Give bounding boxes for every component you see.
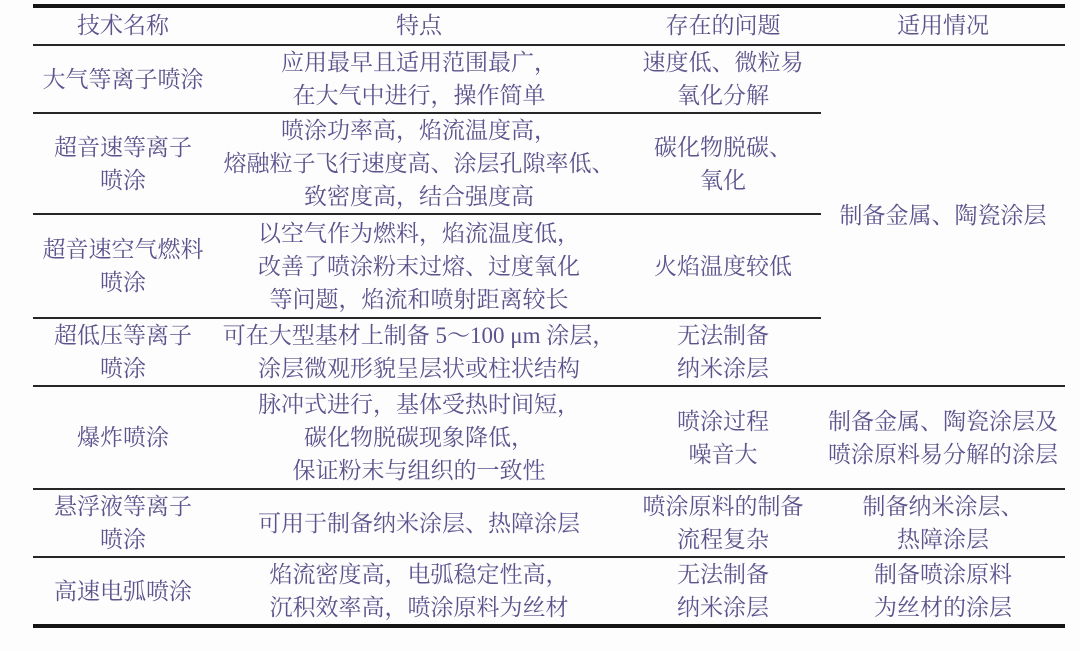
- cell-application: 制备纳米涂层、 热障涂层: [821, 489, 1065, 557]
- cell-technology-name: 超音速等离子 喷涂: [33, 113, 213, 214]
- table-header-row: 技术名称 特点 存在的问题 适用情况: [33, 6, 1065, 45]
- cell-technology-name: 超低压等离子 喷涂: [33, 318, 213, 386]
- cell-features: 焰流密度高，电弧稳定性高， 沉积效率高，喷涂原料为丝材: [213, 557, 625, 626]
- table-row: 悬浮液等离子 喷涂 可用于制备纳米涂层、热障涂层 喷涂原料的制备 流程复杂 制备…: [33, 489, 1065, 557]
- header-application: 适用情况: [821, 6, 1065, 45]
- cell-technology-name: 大气等离子喷涂: [33, 45, 213, 113]
- cell-problems: 喷涂过程 噪音大: [625, 386, 821, 489]
- header-problems: 存在的问题: [625, 6, 821, 45]
- cell-problems: 无法制备 纳米涂层: [625, 557, 821, 626]
- table-row: 大气等离子喷涂 应用最早且适用范围最广， 在大气中进行，操作简单 速度低、微粒易…: [33, 45, 1065, 113]
- cell-problems: 喷涂原料的制备 流程复杂: [625, 489, 821, 557]
- header-technology-name: 技术名称: [33, 6, 213, 45]
- cell-technology-name: 悬浮液等离子 喷涂: [33, 489, 213, 557]
- table-row: 爆炸喷涂 脉冲式进行，基体受热时间短， 碳化物脱碳现象降低， 保证粉末与组织的一…: [33, 386, 1065, 489]
- cell-features: 可在大型基材上制备 5～100 μm 涂层， 涂层微观形貌呈层状或柱状结构: [213, 318, 625, 386]
- cell-application: 制备金属、陶瓷涂层及 喷涂原料易分解的涂层: [821, 386, 1065, 489]
- cell-problems: 碳化物脱碳、 氧化: [625, 113, 821, 214]
- cell-technology-name: 超音速空气燃料 喷涂: [33, 214, 213, 318]
- cell-features: 喷涂功率高，焰流温度高， 熔融粒子飞行速度高、涂层孔隙率低、 致密度高，结合强度…: [213, 113, 625, 214]
- cell-features: 以空气作为燃料，焰流温度低， 改善了喷涂粉末过熔、过度氧化 等问题，焰流和喷射距…: [213, 214, 625, 318]
- cell-features: 脉冲式进行，基体受热时间短， 碳化物脱碳现象降低， 保证粉末与组织的一致性: [213, 386, 625, 489]
- header-features: 特点: [213, 6, 625, 45]
- cell-application: 制备喷涂原料 为丝材的涂层: [821, 557, 1065, 626]
- table-row: 高速电弧喷涂 焰流密度高，电弧稳定性高， 沉积效率高，喷涂原料为丝材 无法制备 …: [33, 557, 1065, 626]
- cell-problems: 火焰温度较低: [625, 214, 821, 318]
- cell-problems: 无法制备 纳米涂层: [625, 318, 821, 386]
- cell-technology-name: 爆炸喷涂: [33, 386, 213, 489]
- cell-problems: 速度低、微粒易 氧化分解: [625, 45, 821, 113]
- cell-application-merged: 制备金属、陶瓷涂层: [821, 45, 1065, 386]
- cell-features: 可用于制备纳米涂层、热障涂层: [213, 489, 625, 557]
- cell-technology-name: 高速电弧喷涂: [33, 557, 213, 626]
- spray-technology-comparison-table: 技术名称 特点 存在的问题 适用情况 大气等离子喷涂 应用最早且适用范围最广， …: [33, 4, 1065, 628]
- cell-features: 应用最早且适用范围最广， 在大气中进行，操作简单: [213, 45, 625, 113]
- table-container: 技术名称 特点 存在的问题 适用情况 大气等离子喷涂 应用最早且适用范围最广， …: [0, 0, 1080, 628]
